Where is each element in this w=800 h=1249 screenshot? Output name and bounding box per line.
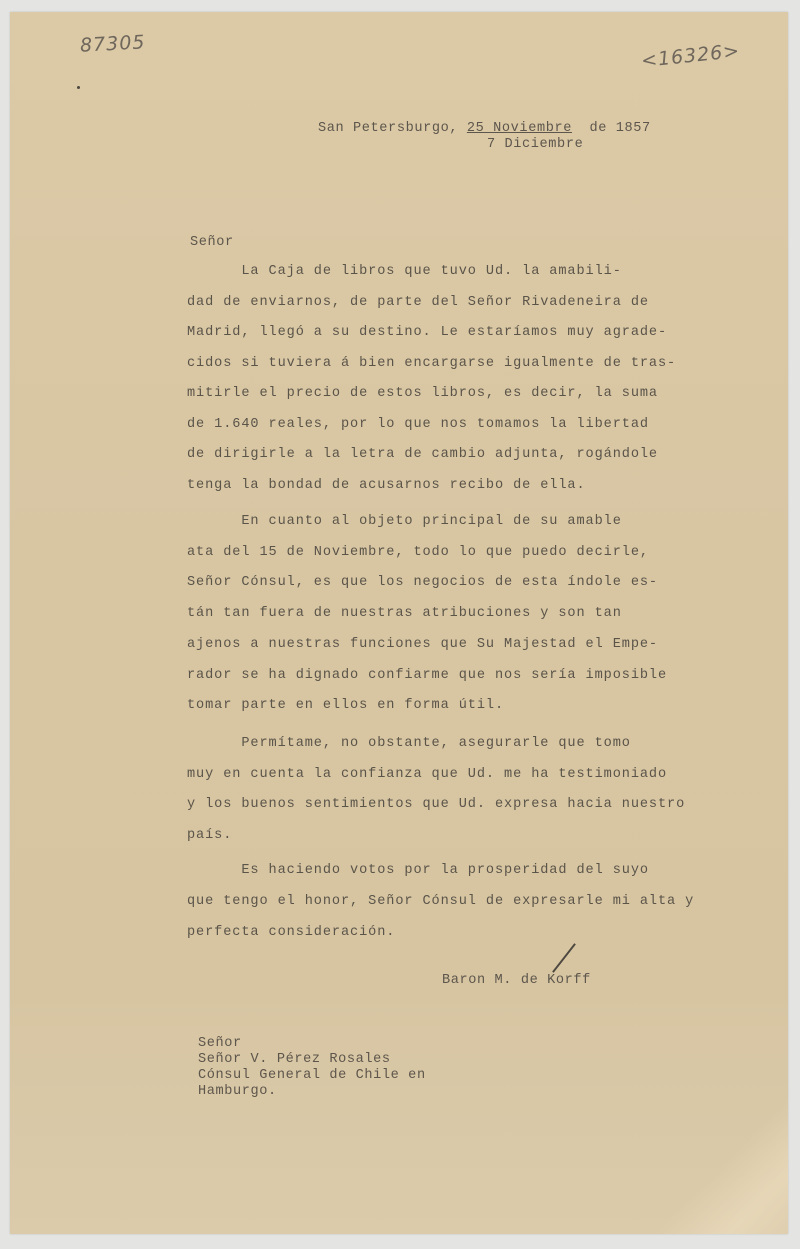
body-line: de 1.640 reales, por lo que nos tomamos … [187, 417, 649, 432]
body-line: rador se ha dignado confiarme que nos se… [187, 668, 667, 683]
body-line: ajenos a nuestras funciones que Su Majes… [187, 637, 658, 652]
year: de 1857 [590, 121, 651, 136]
date-new-style: 7 Diciembre [487, 136, 583, 153]
body-line: Señor Cónsul, es que los negocios de est… [187, 575, 658, 590]
body-line: Madrid, llegó a su destino. Le estaríamo… [187, 325, 667, 340]
body-line: y los buenos sentimientos que Ud. expres… [187, 797, 685, 812]
body-line: tán tan fuera de nuestras atribuciones y… [187, 606, 622, 621]
date-old-style: 25 Noviembre [467, 121, 572, 136]
body-line: mitirle el precio de estos libros, es de… [187, 386, 658, 401]
body-line: ata del 15 de Noviembre, todo lo que pue… [187, 545, 649, 560]
body-line: muy en cuenta la confianza que Ud. me ha… [187, 767, 667, 782]
addressee-line: Señor [198, 1036, 242, 1051]
body-line: que tengo el honor, Señor Cónsul de expr… [187, 894, 694, 909]
body-line: En cuanto al objeto principal de su amab… [187, 514, 622, 529]
body-line: tomar parte en ellos en forma útil. [187, 698, 504, 713]
body-line: dad de enviarnos, de parte del Señor Riv… [187, 295, 649, 310]
body-line: La Caja de libros que tuvo Ud. la amabil… [187, 264, 622, 279]
body-line: Permítame, no obstante, asegurarle que t… [187, 736, 631, 751]
signature: Baron M. de Korff [442, 972, 591, 989]
body-line: cidos si tuviera á bien encargarse igual… [187, 356, 676, 371]
place: San Petersburgo, [318, 121, 458, 136]
body-line: Es haciendo votos por la prosperidad del… [187, 863, 649, 878]
letter-page [10, 12, 788, 1234]
addressee-line: Señor V. Pérez Rosales [198, 1052, 391, 1067]
body-line: país. [187, 828, 232, 843]
place-date-line: San Petersburgo, 25 Noviembre de 1857 [318, 120, 651, 137]
ink-dot [77, 86, 80, 89]
body-line: tenga la bondad de acusarnos recibo de e… [187, 478, 586, 493]
addressee-line: Hamburgo. [198, 1084, 277, 1099]
body-line: perfecta consideración. [187, 925, 395, 940]
addressee-line: Cónsul General de Chile en [198, 1068, 426, 1083]
archive-number-left: 87305 [79, 31, 146, 56]
body-line: de dirigirle a la letra de cambio adjunt… [187, 447, 658, 462]
salutation: Señor [190, 234, 234, 251]
